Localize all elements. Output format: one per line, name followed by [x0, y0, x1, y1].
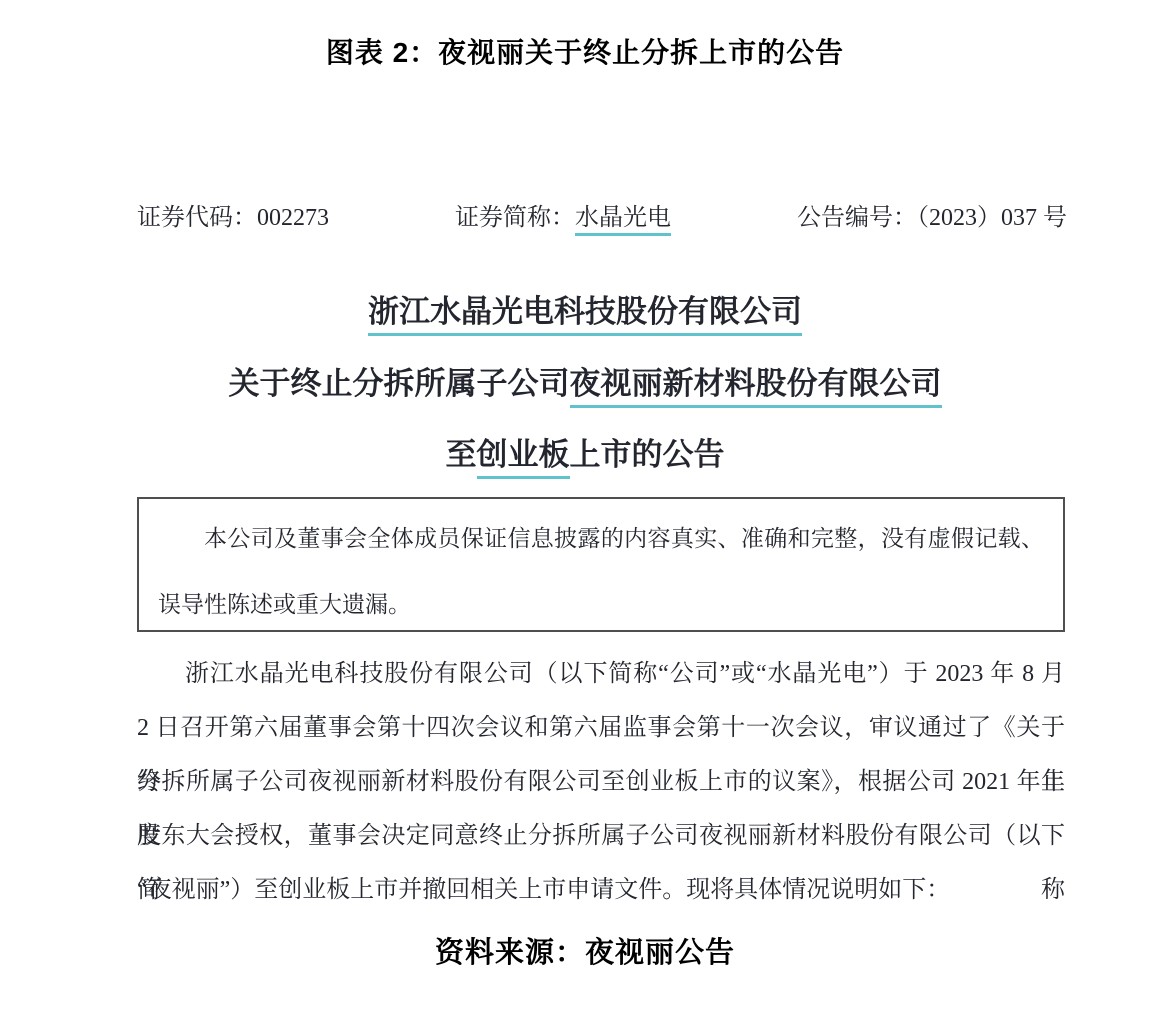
announcement-number-value: （2023）037 号: [917, 205, 1067, 231]
securities-header-row: 证券代码：002273 证券简称：水晶光电 公告编号：（2023）037 号: [137, 197, 1067, 232]
stock-name: 证券简称：水晶光电: [455, 197, 671, 232]
title-line-2-prefix: 关于终止分拆所属子公司: [229, 366, 570, 401]
title-line-3-suffix: 上市的公告: [570, 437, 725, 472]
disclaimer-line: 本公司及董事会全体成员保证信息披露的内容真实、准确和完整，没有虚假记载、: [158, 520, 1044, 553]
stock-code: 证券代码：002273: [137, 197, 329, 232]
stock-code-value: 002273: [257, 205, 329, 231]
board-name: 创业板: [477, 437, 570, 479]
figure-caption: 图表 2：夜视丽关于终止分拆上市的公告: [0, 31, 1170, 71]
title-line-3-prefix: 至: [446, 437, 477, 472]
company-name: 浙江水晶光电科技股份有限公司: [368, 294, 802, 336]
disclaimer-box: 本公司及董事会全体成员保证信息披露的内容真实、准确和完整，没有虚假记载、 误导性…: [137, 497, 1065, 632]
disclaimer-line: 误导性陈述或重大遗漏。: [158, 586, 1044, 619]
stock-code-label: 证券代码：: [137, 205, 257, 231]
stock-name-label: 证券简称：: [455, 205, 575, 231]
stock-name-value: 水晶光电: [575, 205, 671, 236]
body-line: “夜视丽”）至创业板上市并撤回相关上市申请文件。现将具体情况说明如下：: [137, 863, 1065, 917]
body-line: 2 日召开第六届董事会第十四次会议和第六届监事会第十一次会议，审议通过了《关于终…: [137, 701, 1065, 755]
body-line: 浙江水晶光电科技股份有限公司（以下简称“公司”或“水晶光电”）于 2023 年 …: [137, 647, 1065, 701]
subsidiary-name: 夜视丽新材料股份有限公司: [570, 366, 942, 408]
body-paragraph: 浙江水晶光电科技股份有限公司（以下简称“公司”或“水晶光电”）于 2023 年 …: [137, 647, 1065, 917]
document-title-line-2: 关于终止分拆所属子公司夜视丽新材料股份有限公司: [110, 358, 1060, 403]
report-figure-page: { "figure": { "caption": "图表 2：夜视丽关于终止分拆…: [0, 0, 1170, 1009]
announcement-number-label: 公告编号：: [797, 205, 917, 231]
figure-source: 资料来源：夜视丽公告: [0, 930, 1170, 971]
document-title-line-1: 浙江水晶光电科技股份有限公司: [110, 286, 1060, 331]
document-title-line-3: 至创业板上市的公告: [110, 429, 1060, 474]
body-line: 股东大会授权，董事会决定同意终止分拆所属子公司夜视丽新材料股份有限公司（以下简称: [137, 809, 1065, 863]
announcement-number: 公告编号：（2023）037 号: [797, 197, 1067, 232]
body-line: 分拆所属子公司夜视丽新材料股份有限公司至创业板上市的议案》，根据公司 2021 …: [137, 755, 1065, 809]
